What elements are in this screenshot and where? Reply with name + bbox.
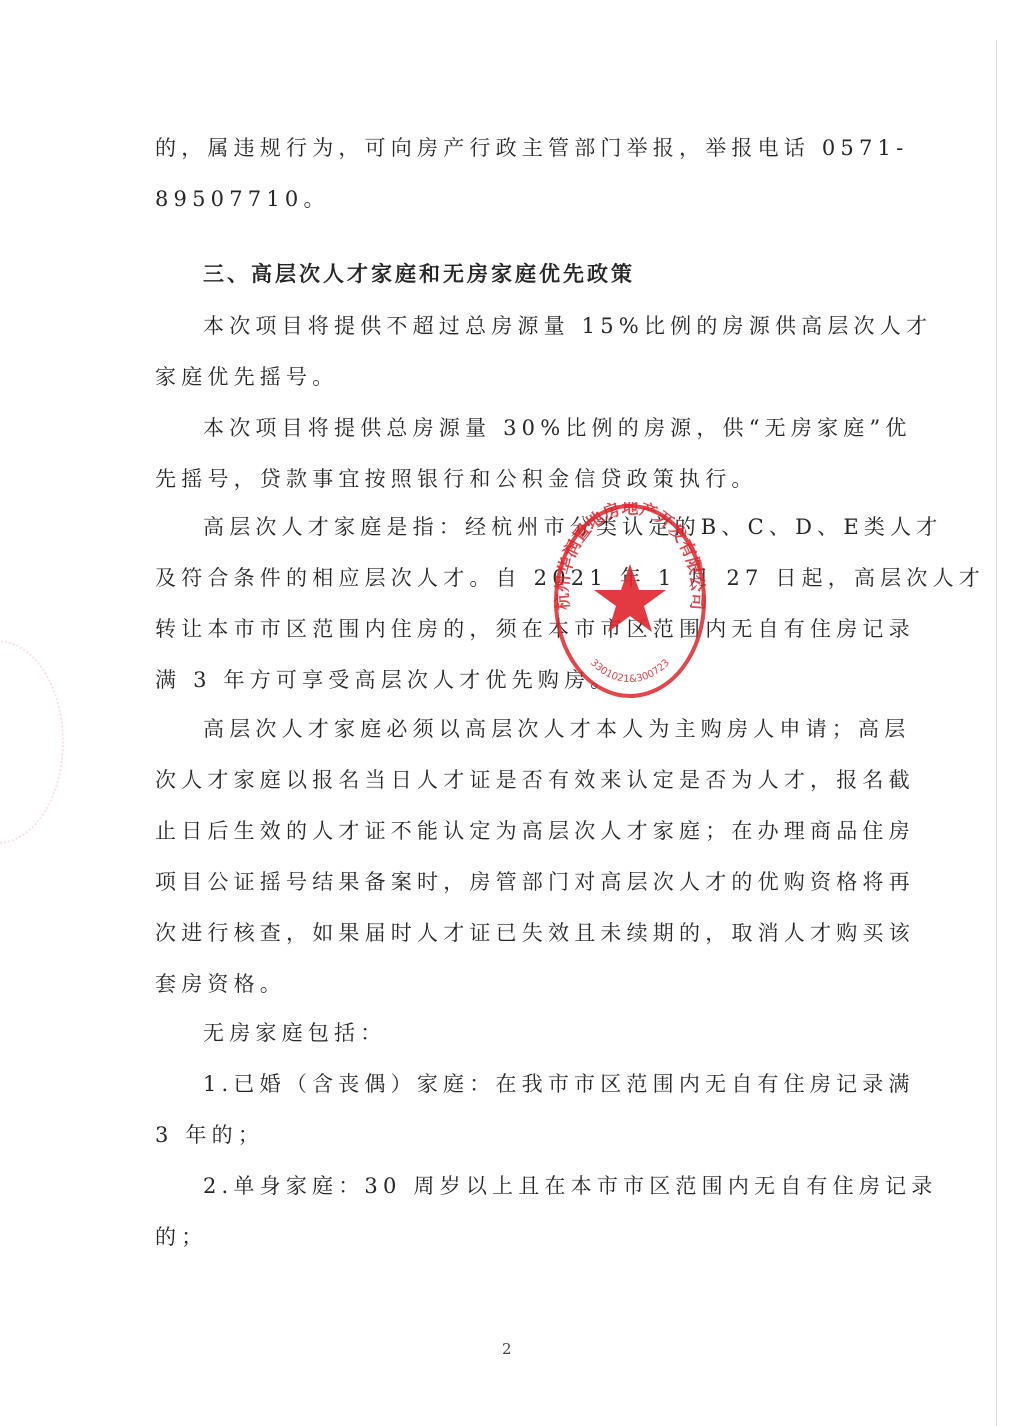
paragraph-line: 高层次人才家庭必须以高层次人才本人为主购房人申请；高层 — [203, 714, 910, 744]
faint-stamp-remnant — [0, 640, 64, 844]
paragraph-line: 的，属违规行为，可向房产行政主管部门举报，举报电话 0571- — [155, 133, 908, 163]
paragraph-line: 先摇号，贷款事宜按照银行和公积金信贷政策执行。 — [155, 464, 758, 494]
paragraph-line: 本次项目将提供总房源量 30%比例的房源，供“无房家庭”优 — [203, 413, 912, 443]
paragraph-line: 止日后生效的人才证不能认定为高层次人才家庭；在办理商品住房 — [155, 816, 915, 846]
paragraph-line: 本次项目将提供不超过总房源量 15%比例的房源供高层次人才 — [203, 311, 932, 341]
star-icon — [594, 564, 666, 632]
paragraph-line: 1.已婚（含丧偶）家庭：在我市市区范围内无自有住房记录满 — [203, 1069, 915, 1099]
paragraph-line: 次进行核查，如果届时人才证已失效且未续期的，取消人才购买该 — [155, 918, 915, 948]
paragraph-line: 套房资格。 — [155, 969, 286, 999]
paragraph-line: 项目公证摇号结果备案时，房管部门对高层次人才的优购资格将再 — [155, 867, 915, 897]
page-edge-line — [996, 40, 997, 1426]
paragraph-line: 家庭优先摇号。 — [155, 362, 338, 392]
svg-text:3301021&300723: 3301021&300723 — [588, 657, 672, 685]
paragraph-line: 次人才家庭以报名当日人才证是否有效来认定是否为人才，报名截 — [155, 765, 915, 795]
section-heading: 三、高层次人才家庭和无房家庭优先政策 — [203, 259, 635, 289]
paragraph-line: 转让本市市区范围内住房的，须在本市市区范围内无自有住房记录 — [155, 614, 915, 644]
paragraph-line: 无房家庭包括： — [203, 1018, 386, 1048]
company-seal-stamp: 杭州华润置地房地产开发有限公司 3301021&300723 — [552, 502, 708, 700]
paragraph-line: 满 3 年方可享受高层次人才优先购房。 — [155, 665, 617, 695]
paragraph-line: 2.单身家庭：30 周岁以上且在本市市区范围内无自有住房记录 — [203, 1171, 937, 1201]
paragraph-line: 3 年的； — [155, 1120, 264, 1150]
paragraph-line: 89507710。 — [155, 184, 330, 214]
page-number: 2 — [502, 1340, 512, 1358]
paragraph-line: 的； — [155, 1222, 207, 1252]
